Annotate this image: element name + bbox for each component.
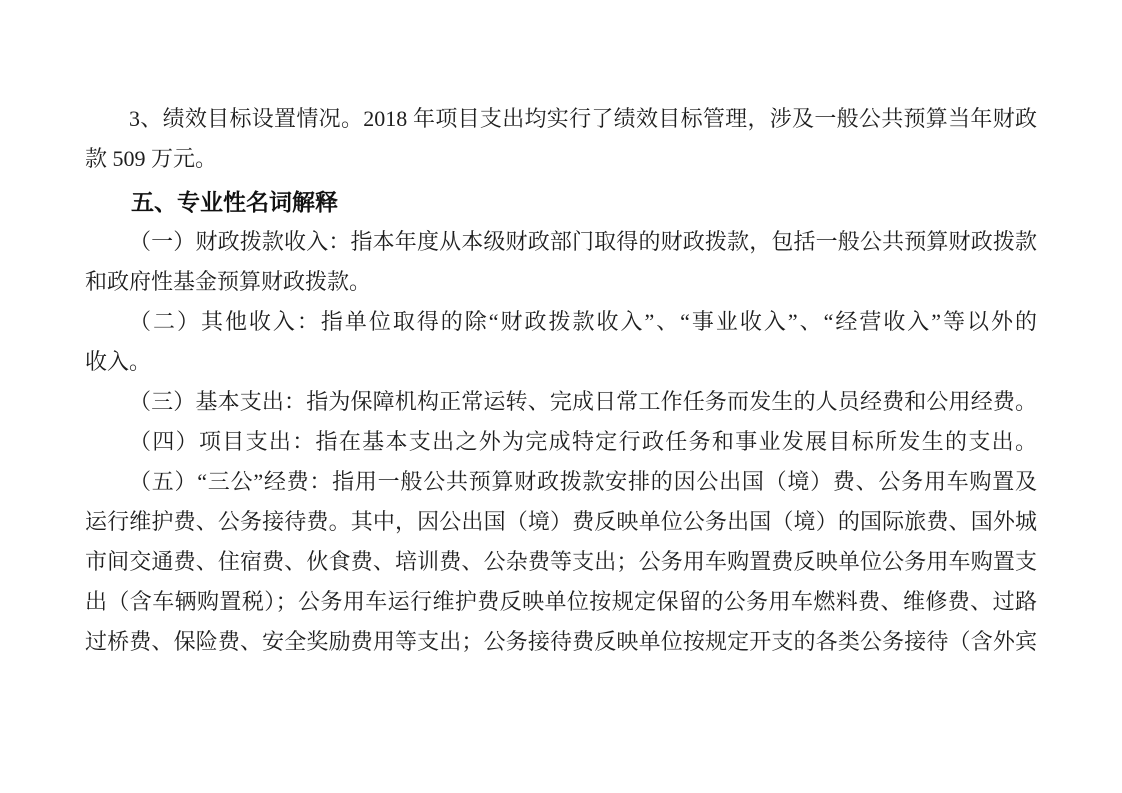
- para-performance-goals-line-2: 款 509 万元。: [85, 139, 1037, 179]
- def-three-public-funds-line-4: 出（含车辆购置税）；公务用车运行维护费反映单位按规定保留的公务用车燃料费、维修费…: [85, 582, 1037, 622]
- def-other-income-line-1: （二）其他收入：指单位取得的除“财政拨款收入”、“事业收入”、“经营收入”等以外…: [85, 302, 1037, 342]
- def-project-expenditure: （四）项目支出：指在基本支出之外为完成特定行政任务和事业发展目标所发生的支出。: [85, 422, 1037, 462]
- def-three-public-funds-line-5: 过桥费、保险费、安全奖励费用等支出；公务接待费反映单位按规定开支的各类公务接待（…: [85, 622, 1037, 662]
- para-performance-goals-line-1: 3、绩效目标设置情况。2018 年项目支出均实行了绩效目标管理，涉及一般公共预算…: [85, 99, 1037, 139]
- section-heading: 五、专业性名词解释: [85, 182, 1037, 222]
- def-other-income-line-2: 收入。: [85, 342, 1037, 382]
- document-content: 3、绩效目标设置情况。2018 年项目支出均实行了绩效目标管理，涉及一般公共预算…: [85, 99, 1037, 662]
- def-three-public-funds-line-2: 运行维护费、公务接待费。其中，因公出国（境）费反映单位公务出国（境）的国际旅费、…: [85, 502, 1037, 542]
- def-basic-expenditure: （三）基本支出：指为保障机构正常运转、完成日常工作任务而发生的人员经费和公用经费…: [85, 382, 1037, 422]
- def-fiscal-appropriation-income-line-2: 和政府性基金预算财政拨款。: [85, 262, 1037, 302]
- def-fiscal-appropriation-income-line-1: （一）财政拨款收入：指本年度从本级财政部门取得的财政拨款，包括一般公共预算财政拨…: [85, 222, 1037, 262]
- def-three-public-funds-line-3: 市间交通费、住宿费、伙食费、培训费、公杂费等支出；公务用车购置费反映单位公务用车…: [85, 542, 1037, 582]
- document-page: 3、绩效目标设置情况。2018 年项目支出均实行了绩效目标管理，涉及一般公共预算…: [0, 0, 1122, 793]
- def-three-public-funds-line-1: （五）“三公”经费：指用一般公共预算财政拨款安排的因公出国（境）费、公务用车购置…: [85, 462, 1037, 502]
